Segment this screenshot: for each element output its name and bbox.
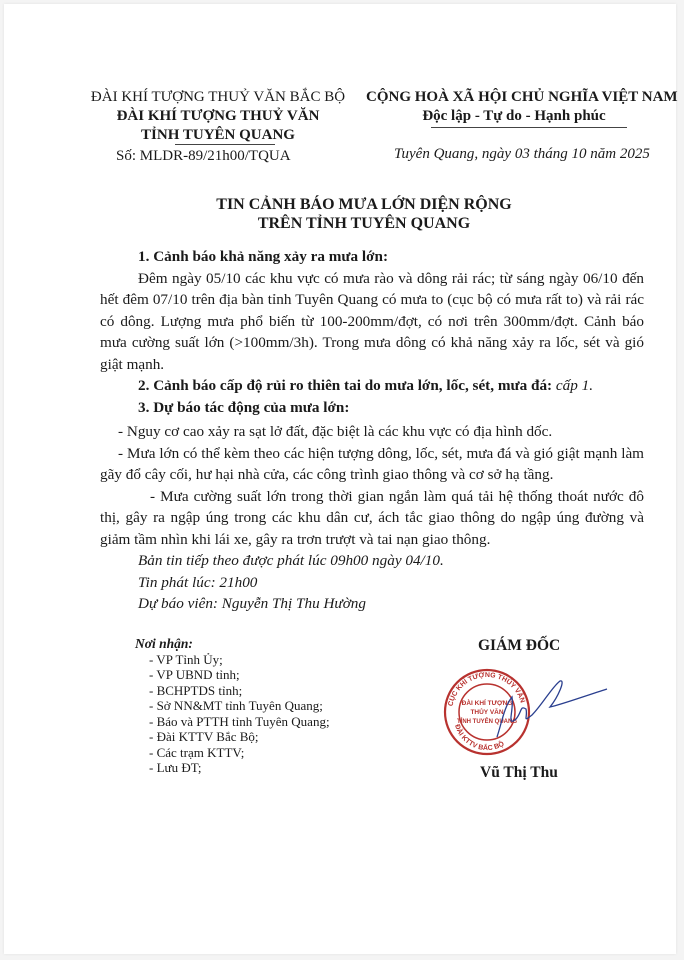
recipient-item: - Lưu ĐT; [135,760,330,776]
recipient-item: - VP UBND tỉnh; [135,667,330,683]
svg-text:TỈNH TUYÊN QUANG: TỈNH TUYÊN QUANG [457,717,517,725]
svg-text:THỦY VĂN: THỦY VĂN [470,707,503,716]
parent-agency: ĐÀI KHÍ TƯỢNG THUỶ VĂN BẮC BỘ [82,88,354,107]
header-left-underline [175,144,275,145]
document-body: 1. Cảnh báo khả năng xảy ra mưa lớn: Đêm… [100,246,644,615]
section-1-body: Đêm ngày 05/10 các khu vực có mưa rào và… [100,268,644,376]
section-3-heading: 3. Dự báo tác động của mưa lớn: [100,397,644,419]
place-date: Tuyên Quang, ngày 03 tháng 10 năm 2025 [394,146,650,163]
recipients-label: Nơi nhận: [135,636,330,652]
official-stamp-icon: CỤC KHÍ TƯỢNG THỦY VĂN ĐÀI KTTV BẮC BỘ Đ… [442,667,612,757]
agency-name-line2: TỈNH TUYÊN QUANG [82,126,354,145]
impact-item-1: - Nguy cơ cao xảy ra sạt lở đất, đặc biệ… [100,421,644,443]
document-page: ĐÀI KHÍ TƯỢNG THUỶ VĂN BẮC BỘ ĐÀI KHÍ TƯ… [4,4,676,954]
agency-name-line1: ĐÀI KHÍ TƯỢNG THUỶ VĂN [82,107,354,126]
risk-level: cấp 1. [556,377,593,394]
national-title: CỘNG HOÀ XÃ HỘI CHỦ NGHĨA VIỆT NAM [366,88,662,107]
impact-item-3: - Mưa cường suất lớn trong thời gian ngắ… [100,486,644,551]
motto-underline [431,127,627,128]
title-line1: TIN CẢNH BÁO MƯA LỚN DIỆN RỘNG [154,195,574,214]
recipients-block: Nơi nhận: - VP Tỉnh Ủy; - VP UBND tỉnh; … [135,636,330,776]
document-number: Số: MLDR-89/21h00/TQUA [116,148,291,165]
signer-title: GIÁM ĐỐC [478,637,560,655]
title-line2: TRÊN TỈNH TUYÊN QUANG [154,214,574,233]
recipient-item: - VP Tỉnh Ủy; [135,652,330,668]
recipient-item: - Đài KTTV Bắc Bộ; [135,729,330,745]
recipient-item: - Báo và PTTH tỉnh Tuyên Quang; [135,714,330,730]
svg-text:ĐÀI KHÍ TƯỢNG: ĐÀI KHÍ TƯỢNG [462,698,513,707]
next-bulletin: Bản tin tiếp theo được phát lúc 09h00 ng… [100,550,644,572]
national-motto: Độc lập - Tự do - Hạnh phúc [366,107,662,126]
recipient-item: - Các trạm KTTV; [135,745,330,761]
document-title: TIN CẢNH BÁO MƯA LỚN DIỆN RỘNG TRÊN TỈNH… [154,195,574,233]
forecaster: Dự báo viên: Nguyễn Thị Thu Hường [100,593,644,615]
impact-item-2: - Mưa lớn có thể kèm theo các hiện tượng… [100,443,644,486]
header-left: ĐÀI KHÍ TƯỢNG THUỶ VĂN BẮC BỘ ĐÀI KHÍ TƯ… [82,88,354,145]
section-2-heading: 2. Cảnh báo cấp độ rủi ro thiên tai do m… [138,377,552,394]
section-2: 2. Cảnh báo cấp độ rủi ro thiên tai do m… [100,375,644,397]
signer-name: Vũ Thị Thu [480,764,558,782]
section-1-heading: 1. Cảnh báo khả năng xảy ra mưa lớn: [100,246,644,268]
issued-time: Tin phát lúc: 21h00 [100,572,644,594]
recipient-item: - Sở NN&MT tỉnh Tuyên Quang; [135,698,330,714]
recipient-item: - BCHPTDS tỉnh; [135,683,330,699]
header-right: CỘNG HOÀ XÃ HỘI CHỦ NGHĨA VIỆT NAM Độc l… [366,88,662,126]
